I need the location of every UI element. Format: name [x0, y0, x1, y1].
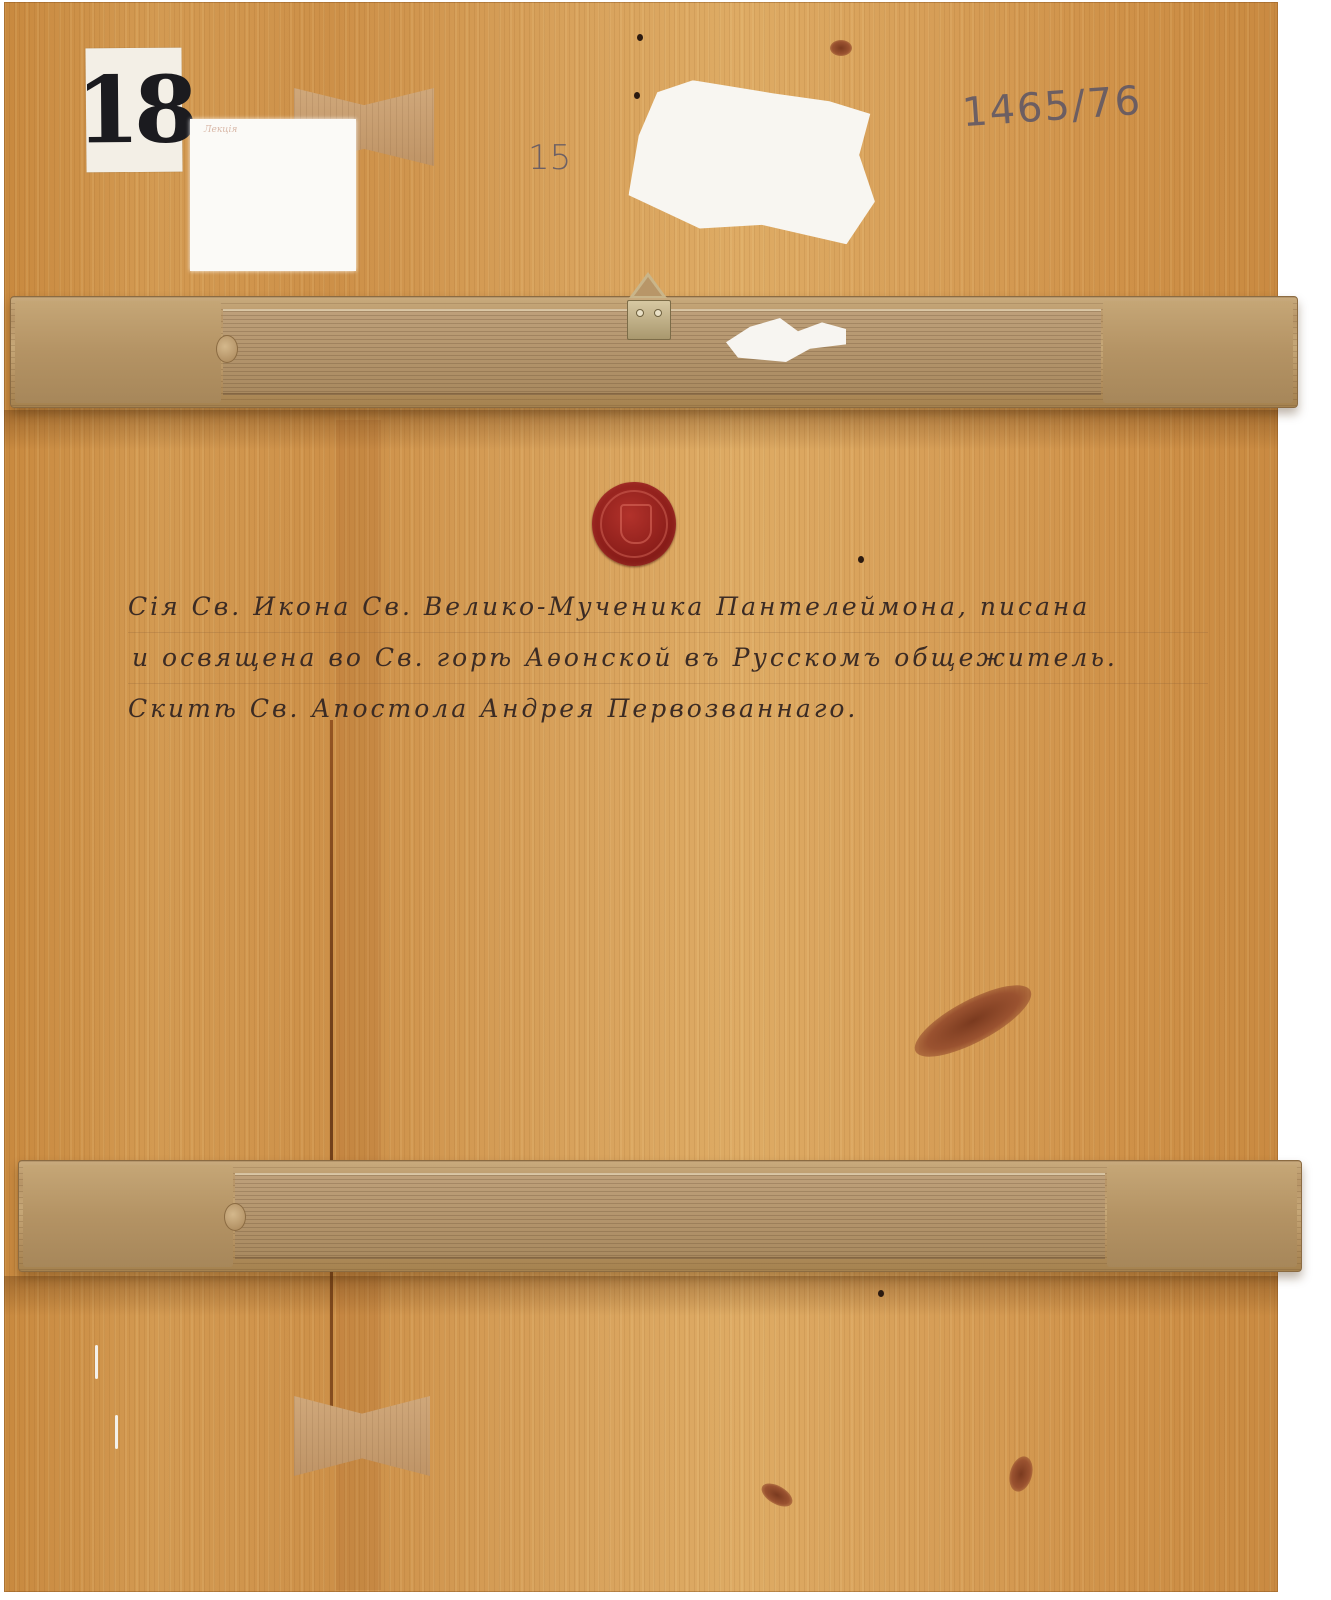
sawtooth-hanger-icon: [625, 272, 671, 344]
batten-bottom: [18, 1160, 1302, 1272]
pencil-note-left: 15: [528, 138, 571, 178]
batten-dowel: [224, 1203, 246, 1231]
faded-label-text: Лекція: [204, 125, 237, 135]
nail-hole: [634, 92, 640, 99]
paint-mark: [115, 1415, 118, 1449]
rivet: [654, 309, 662, 317]
rivet: [636, 309, 644, 317]
red-wax-seal-icon: [592, 482, 676, 566]
wood-knot: [830, 40, 852, 56]
nail-hole: [858, 556, 864, 563]
inscription-line-1: Сія Св. Икона Св. Велико-Мученика Пантел…: [128, 582, 1208, 633]
batten-bottom-left-end: [23, 1165, 233, 1267]
nail-hole: [878, 1290, 884, 1297]
hanger-plate: [627, 300, 671, 340]
paint-mark: [95, 1345, 98, 1379]
inventory-number-text: 18: [76, 55, 193, 164]
seal-crest: [620, 504, 652, 544]
nail-hole: [637, 34, 643, 41]
batten-shadow-bottom: [4, 1276, 1278, 1316]
inscription-line-3: Скитѣ Св. Апостола Андрея Первозваннаго.: [128, 684, 1208, 734]
handwritten-inscription: Сія Св. Икона Св. Велико-Мученика Пантел…: [128, 582, 1208, 734]
batten-bottom-molding: [235, 1173, 1105, 1259]
inventory-number-label: 18: [85, 48, 182, 173]
batten-top-left-end: [15, 301, 221, 403]
faded-paper-label: Лекція: [190, 119, 356, 271]
inscription-line-2: и освящена во Св. горѣ Аѳонской въ Русск…: [128, 633, 1208, 684]
batten-dowel: [216, 335, 238, 363]
batten-top-right-end: [1103, 301, 1293, 403]
batten-shadow-top: [4, 410, 1278, 450]
batten-bottom-right-end: [1107, 1165, 1297, 1267]
hanger-wire: [629, 272, 667, 298]
